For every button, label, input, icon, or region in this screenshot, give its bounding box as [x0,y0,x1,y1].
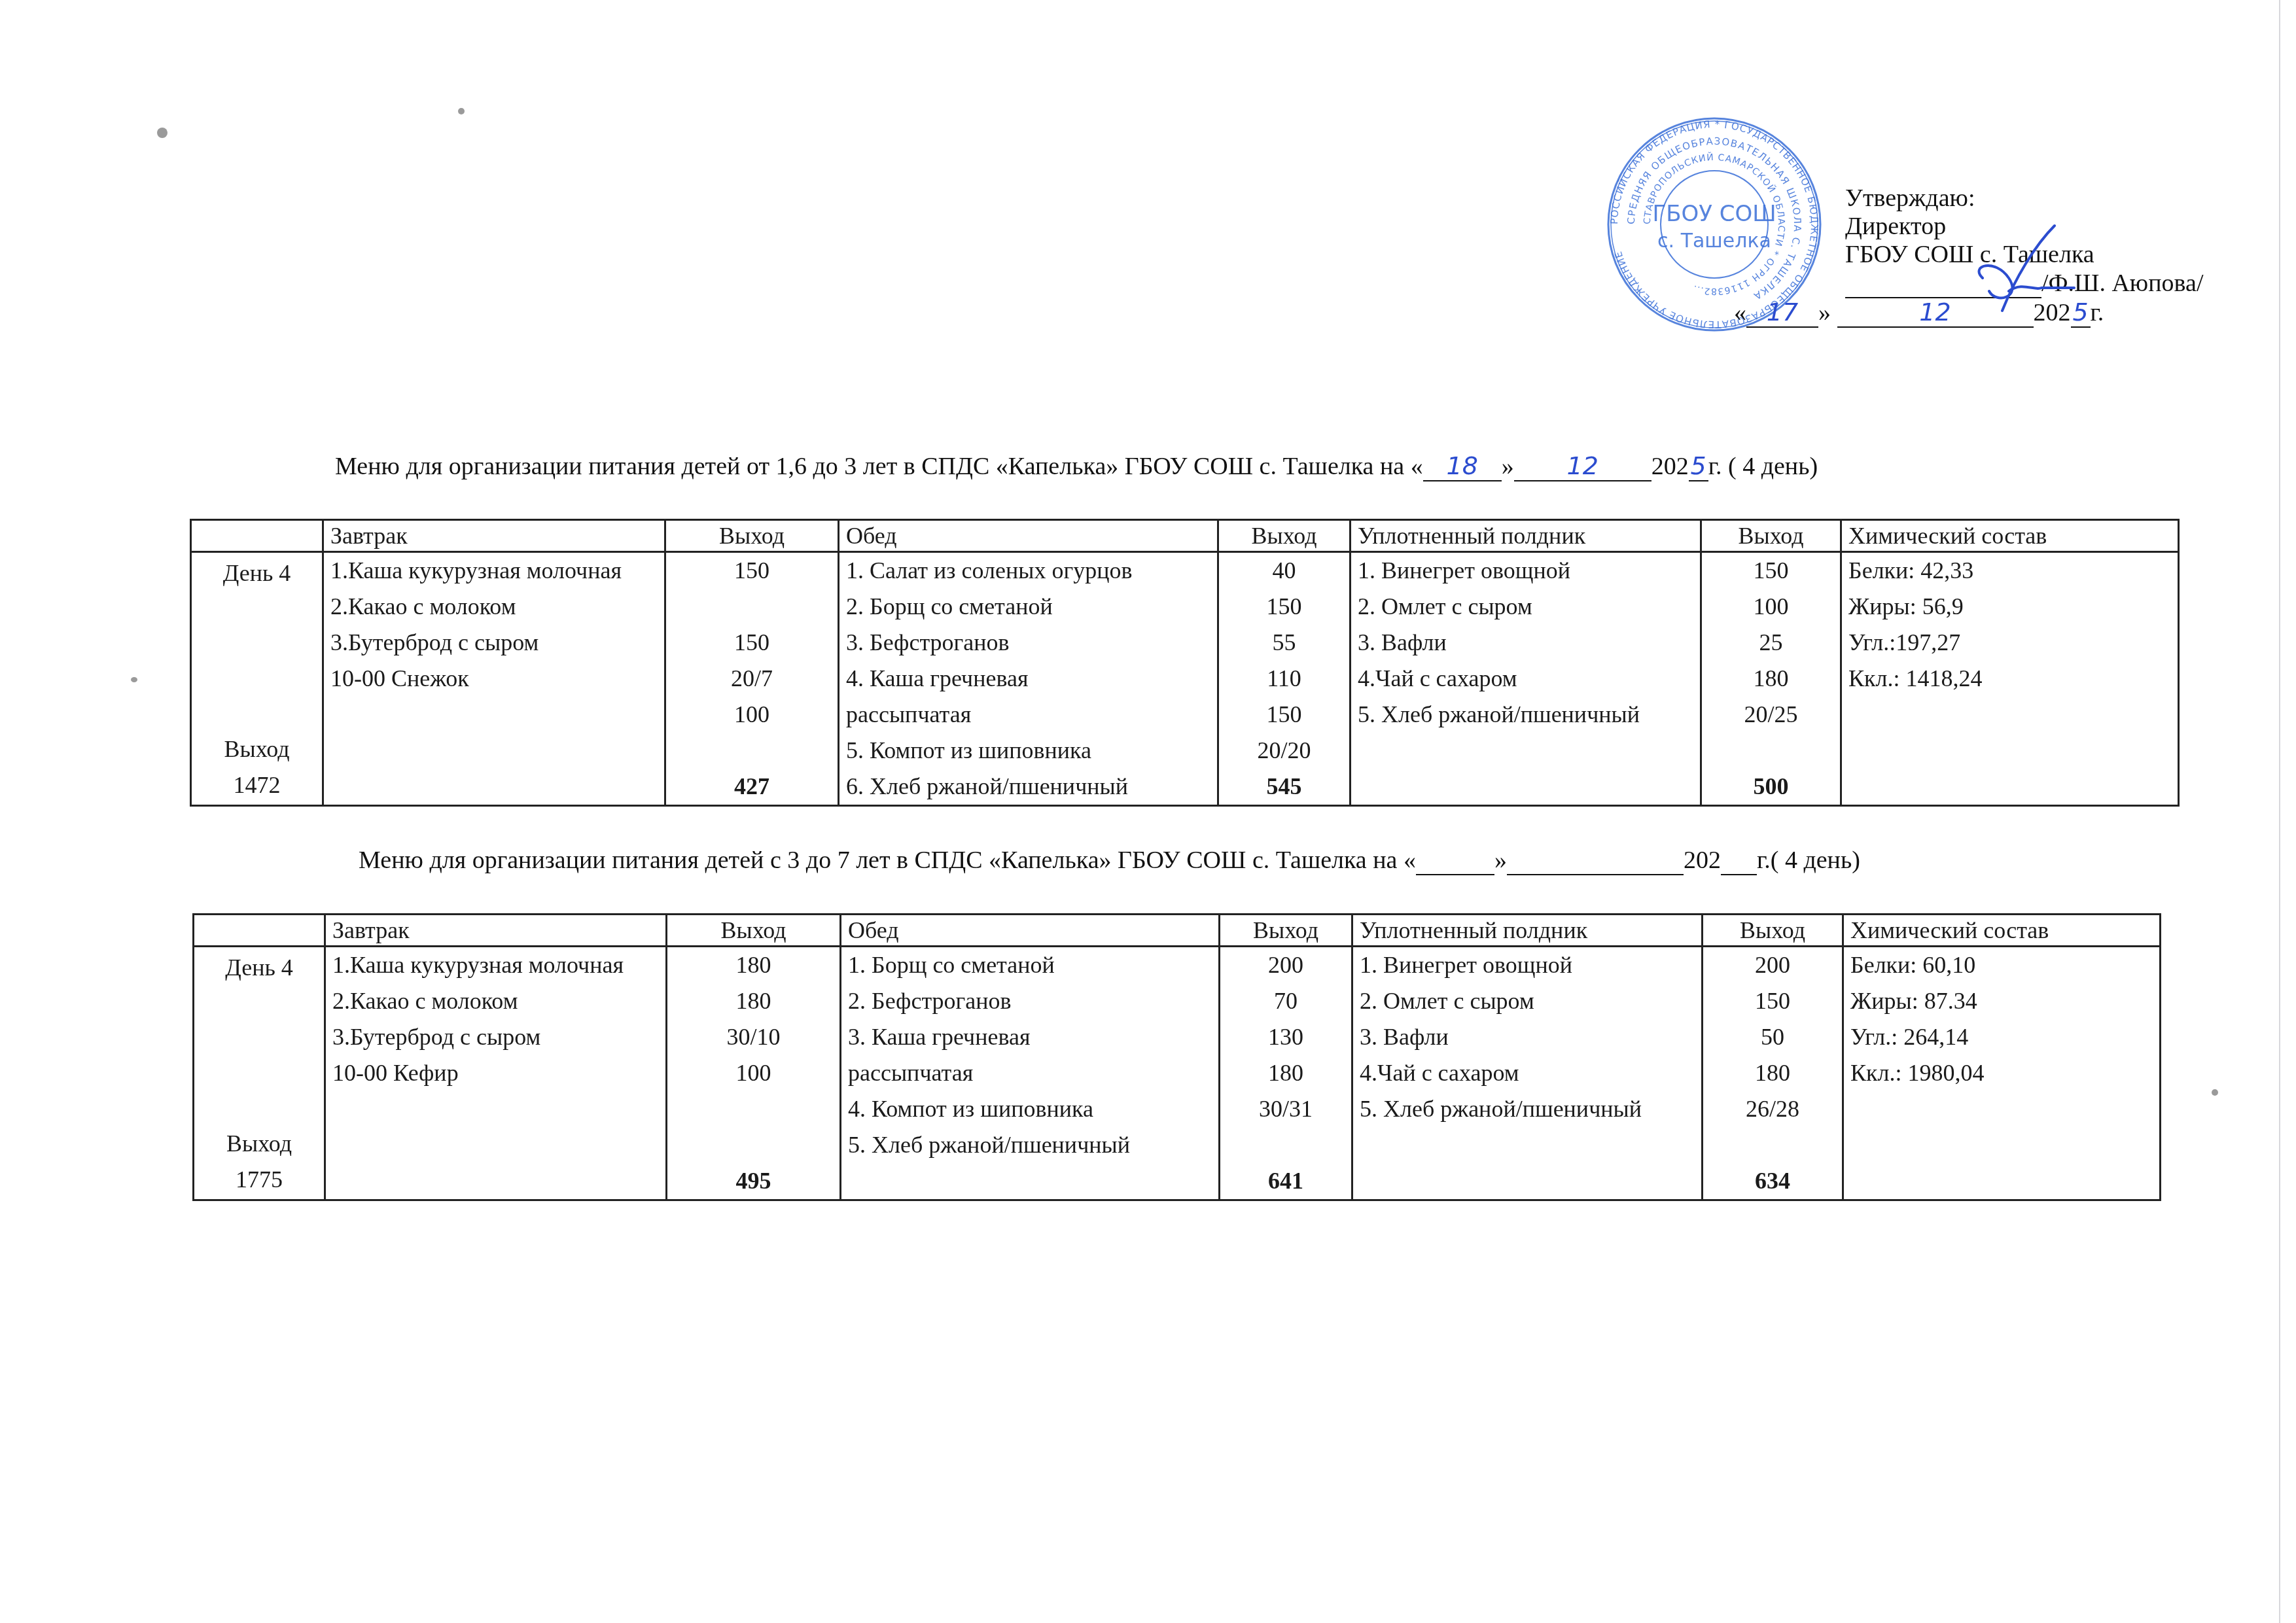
scan-speck [458,108,465,114]
list-item [848,1163,1212,1199]
list-item: 2. Борщ со сметаной [846,589,1210,625]
header-yield: Выход [1701,520,1841,552]
list-item [1358,769,1693,805]
svg-text:с. Ташелка: с. Ташелка [1657,230,1771,253]
header-lunch: Обед [841,915,1220,947]
day-label: День 4 [194,950,324,986]
chemistry-list: Белки: 60,10Жиры: 87.34Угл.: 264,14Ккл.:… [1843,947,2161,1200]
list-item [330,733,658,769]
breakfast-yield-list: 15015020/7100427 [665,552,839,806]
list-item: 150 [1226,589,1343,625]
title-quote-close: » [1502,453,1514,480]
yield-total: 634 [1710,1163,1835,1199]
title-quote-close: » [1494,846,1507,874]
list-item [674,1127,833,1163]
list-item [1360,1127,1695,1163]
list-item [1708,733,1833,769]
day-cell: День 4 Выход 1472 [191,552,323,806]
list-item: 130 [1227,1019,1345,1055]
header-snack: Уплотненный полдник [1352,915,1703,947]
menu-title-preschool: Меню для организации питания детей с 3 д… [359,845,1860,875]
breakfast-list: 1.Каша кукурузная молочная2.Какао с моло… [323,552,665,806]
list-item: 5. Хлеб ржаной/пшеничный [1358,697,1693,733]
table-row: День 4 Выход 1472 1.Каша кукурузная моло… [191,552,2179,806]
list-item: 2. Омлет с сыром [1358,589,1693,625]
header-lunch: Обед [839,520,1218,552]
header-yield: Выход [667,915,841,947]
list-item: 6. Хлеб ржаной/пшеничный [846,769,1210,805]
list-item [332,1163,659,1199]
breakfast-list: 1.Каша кукурузная молочная2.Какао с моло… [325,947,667,1200]
list-item: 3. Бефстроганов [846,625,1210,661]
list-item: 200 [1710,947,1835,983]
header-breakfast: Завтрак [323,520,665,552]
total-value: 1472 [192,767,322,803]
list-item: 100 [1708,589,1833,625]
total-label: Выход [194,1126,324,1162]
chemistry-list: Белки: 42,33Жиры: 56,9Угл.:197,27Ккл.: 1… [1841,552,2179,806]
list-item: 1.Каша кукурузная молочная [332,947,659,983]
day-cell: День 4 Выход 1775 [194,947,325,1200]
title-text: Меню для организации питания детей от 1,… [335,453,1423,480]
list-item [330,769,658,805]
list-item: 180 [1227,1055,1345,1091]
svg-text:ГБОУ СОШ: ГБОУ СОШ [1652,201,1776,227]
list-item: Белки: 60,10 [1850,947,2153,983]
yield-total: 427 [673,769,831,805]
date-day-field: 17 [1746,298,1818,328]
list-item: 1.Каша кукурузная молочная [330,553,658,589]
list-item: 200 [1227,947,1345,983]
list-item: 100 [674,1055,833,1091]
list-item: 30/10 [674,1019,833,1055]
total-yield: Выход 1775 [194,1126,324,1198]
list-item: 50 [1710,1019,1835,1055]
header-yield: Выход [665,520,839,552]
yield-total: 495 [674,1163,833,1199]
list-item [674,1091,833,1127]
list-item: 110 [1226,661,1343,697]
list-item: 4.Чай с сахаром [1360,1055,1695,1091]
list-item: 2.Какао с молоком [332,983,659,1019]
list-item: 3. Вафли [1360,1019,1695,1055]
total-label: Выход [192,731,322,767]
quote-open: « [1734,299,1746,326]
list-item: Угл.:197,27 [1848,625,2171,661]
page-edge-line [2279,0,2280,1623]
list-item: 5. Хлеб ржаной/пшеничный [1360,1091,1695,1127]
total-yield: Выход 1472 [192,731,322,803]
signature-icon [1956,219,2087,317]
list-item: Ккл.: 1418,24 [1848,661,2171,697]
list-item: 30/31 [1227,1091,1345,1127]
list-item: 4. Каша гречневая [846,661,1210,697]
title-year-prefix: 202 [1651,453,1689,480]
list-item [330,697,658,733]
header-yield: Выход [1218,520,1351,552]
total-value: 1775 [194,1162,324,1198]
list-item: 2.Какао с молоком [330,589,658,625]
yield-total: 545 [1226,769,1343,805]
list-item: 180 [1708,661,1833,697]
list-item: 3.Бутерброд с сыром [330,625,658,661]
list-item: 20/25 [1708,697,1833,733]
title-year-suffix-field: 5 [1689,451,1708,481]
breakfast-yield-list: 18018030/10100495 [667,947,841,1200]
list-item: 100 [673,697,831,733]
list-item: 150 [1226,697,1343,733]
lunch-yield-list: 401505511015020/20545 [1218,552,1351,806]
menu-table-toddlers: Завтрак Выход Обед Выход Уплотненный пол… [190,519,2180,807]
header-empty [191,520,323,552]
table-header-row: Завтрак Выход Обед Выход Уплотненный пол… [194,915,2161,947]
list-item: рассыпчатая [846,697,1210,733]
snack-yield-list: 2001505018026/28634 [1703,947,1843,1200]
list-item: 5. Хлеб ржаной/пшеничный [848,1127,1212,1163]
list-item: 25 [1708,625,1833,661]
table-row: День 4 Выход 1775 1.Каша кукурузная моло… [194,947,2161,1200]
list-item: Жиры: 56,9 [1848,589,2171,625]
title-month-field: 12 [1514,451,1651,481]
list-item: 5. Компот из шиповника [846,733,1210,769]
lunch-list: 1. Борщ со сметаной2. Бефстроганов3. Каш… [841,947,1220,1200]
list-item: 70 [1227,983,1345,1019]
day-label: День 4 [192,555,322,591]
list-item [332,1127,659,1163]
list-item: 150 [1710,983,1835,1019]
list-item: 2. Бефстроганов [848,983,1212,1019]
title-day-field: 18 [1423,451,1502,481]
header-breakfast: Завтрак [325,915,667,947]
header-chemistry: Химический состав [1843,915,2161,947]
list-item: 55 [1226,625,1343,661]
title-text: Меню для организации питания детей с 3 д… [359,846,1416,874]
list-item: 10-00 Снежок [330,661,658,697]
menu-title-toddlers: Меню для организации питания детей от 1,… [335,451,1818,481]
title-year-suffix-field [1721,845,1757,875]
quote-close: » [1818,299,1831,326]
header-chemistry: Химический состав [1841,520,2179,552]
list-item [1358,733,1693,769]
approval-heading: Утверждаю: [1845,184,2203,213]
list-item: 150 [1708,553,1833,589]
list-item: 3.Бутерброд с сыром [332,1019,659,1055]
list-item: 180 [674,983,833,1019]
title-suffix: г. ( 4 день) [1708,453,1818,480]
menu-table-preschool: Завтрак Выход Обед Выход Уплотненный пол… [192,913,2161,1201]
list-item: 26/28 [1710,1091,1835,1127]
list-item: Белки: 42,33 [1848,553,2171,589]
list-item: 150 [673,553,831,589]
list-item: Угл.: 264,14 [1850,1019,2153,1055]
list-item [1710,1127,1835,1163]
list-item [1227,1127,1345,1163]
list-item: 4.Чай с сахаром [1358,661,1693,697]
snack-yield-list: 1501002518020/25500 [1701,552,1841,806]
list-item: 1. Винегрет овощной [1358,553,1693,589]
list-item: 3. Каша гречневая [848,1019,1212,1055]
header-snack: Уплотненный полдник [1351,520,1701,552]
list-item: 20/7 [673,661,831,697]
list-item: 10-00 Кефир [332,1055,659,1091]
list-item: 1. Салат из соленых огурцов [846,553,1210,589]
header-yield: Выход [1220,915,1352,947]
lunch-yield-list: 2007013018030/31641 [1220,947,1352,1200]
list-item: 180 [1710,1055,1835,1091]
list-item: 2. Омлет с сыром [1360,983,1695,1019]
scan-speck [131,677,137,682]
title-suffix: г.( 4 день) [1757,846,1860,874]
list-item [673,589,831,625]
year-end: г. [2091,299,2104,326]
list-item [332,1091,659,1127]
snack-list: 1. Винегрет овощной2. Омлет с сыром3. Ва… [1352,947,1703,1200]
table-header-row: Завтрак Выход Обед Выход Уплотненный пол… [191,520,2179,552]
list-item: 20/20 [1226,733,1343,769]
list-item: 180 [674,947,833,983]
list-item [1360,1163,1695,1199]
list-item [673,733,831,769]
snack-list: 1. Винегрет овощной2. Омлет с сыром3. Ва… [1351,552,1701,806]
list-item: 4. Компот из шиповника [848,1091,1212,1127]
list-item: 1. Борщ со сметаной [848,947,1212,983]
title-year-prefix: 202 [1684,846,1721,874]
scan-speck [2212,1089,2218,1096]
list-item: 1. Винегрет овощной [1360,947,1695,983]
lunch-list: 1. Салат из соленых огурцов2. Борщ со см… [839,552,1218,806]
list-item: Жиры: 87.34 [1850,983,2153,1019]
list-item: Ккл.: 1980,04 [1850,1055,2153,1091]
scan-speck [157,128,168,138]
header-yield: Выход [1703,915,1843,947]
list-item: 40 [1226,553,1343,589]
yield-total: 641 [1227,1163,1345,1199]
list-item: 3. Вафли [1358,625,1693,661]
yield-total: 500 [1708,769,1833,805]
title-month-field [1507,845,1684,875]
list-item: 150 [673,625,831,661]
list-item: рассыпчатая [848,1055,1212,1091]
header-empty [194,915,325,947]
title-day-field [1416,845,1494,875]
